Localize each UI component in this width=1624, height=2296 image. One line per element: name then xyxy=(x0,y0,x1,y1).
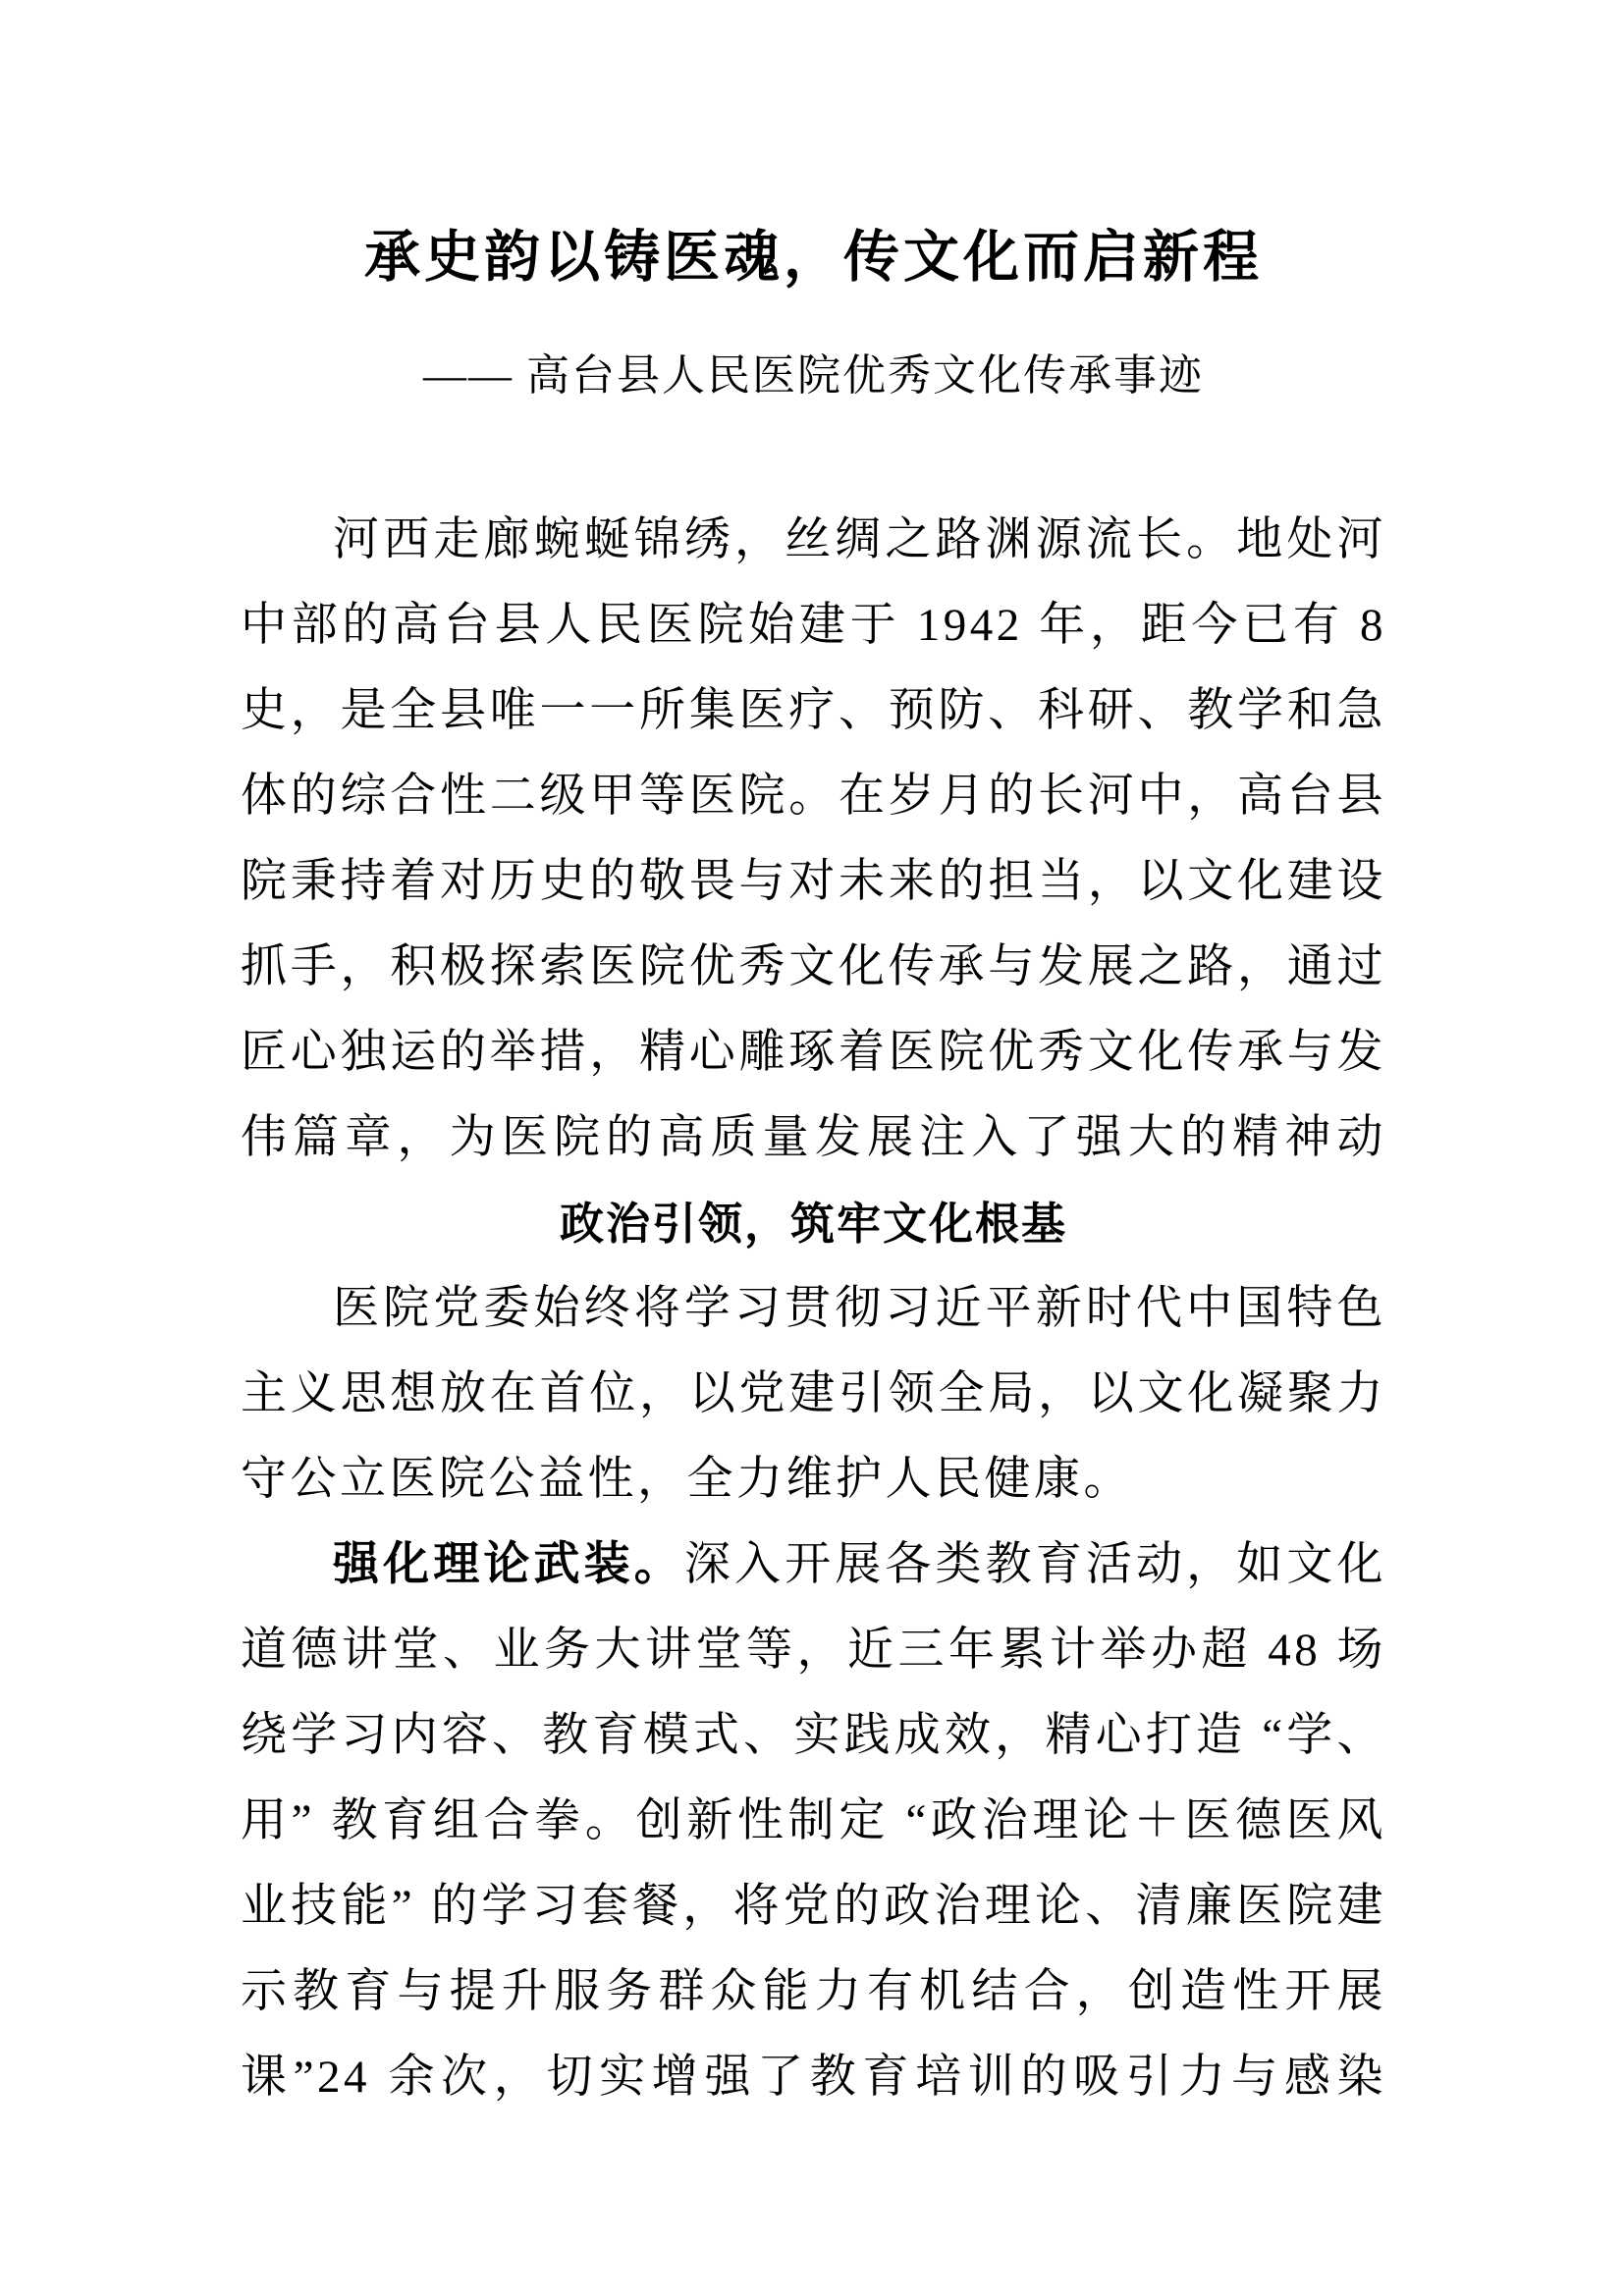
body-line: 示教育与提升服务群众能力有机结合，创造性开展 “微党 xyxy=(241,1949,1386,2035)
body-line: 用” 教育组合拳。创新性制定 “政治理论＋医德医风 ＋ 专 xyxy=(241,1779,1386,1864)
document-title: 承史韵以铸医魂，传文化而启新程 xyxy=(241,221,1386,294)
paragraph-theory-education: 强化理论武装。深入开展各类教育活动，如文化大讲堂、 道德讲堂、业务大讲堂等，近三… xyxy=(241,1522,1386,2120)
body-line: 院秉持着对历史的敬畏与对未来的担当，以文化建设为重要 xyxy=(241,839,1386,925)
body-line: 史，是全县唯一一所集医疗、预防、科研、教学和急救于一 xyxy=(241,668,1386,754)
body-line: 强化理论武装。深入开展各类教育活动，如文化大讲堂、 xyxy=(241,1522,1386,1608)
body-line: 中部的高台县人民医院始建于 1942 年，距今已有 82 年的历 xyxy=(241,583,1386,668)
body-line-group: 道德讲堂、业务大讲堂等，近三年累计举办超 48 场次，围绕学习内容、教育模式、实… xyxy=(241,1608,1386,2035)
body-line-group: 中部的高台县人民医院始建于 1942 年，距今已有 82 年的历史，是全县唯一一… xyxy=(241,583,1386,1095)
section-heading: 政治引领，筑牢文化根基 xyxy=(241,1181,1386,1266)
body-line: 抓手，积极探索医院优秀文化传承与发展之路，通过一系列 xyxy=(241,925,1386,1010)
body-line: 守公立医院公益性，全力维护人民健康。 xyxy=(241,1437,1386,1522)
bold-lead-text: 强化理论武装。 xyxy=(333,1539,684,1590)
body-line: 匠心独运的举措，精心雕琢着医院优秀文化传承与发展的宏 xyxy=(241,1010,1386,1095)
body-line: 体的综合性二级甲等医院。在岁月的长河中，高台县人民医 xyxy=(241,754,1386,839)
paragraph-intro: 河西走廊蜿蜒锦绣，丝绸之路渊源流长。地处河西走廊 中部的高台县人民医院始建于 1… xyxy=(241,498,1386,1181)
body-line: 业技能” 的学习套餐，将党的政治理论、清廉医院建设、警 xyxy=(241,1864,1386,1949)
document-body: 河西走廊蜿蜒锦绣，丝绸之路渊源流长。地处河西走廊 中部的高台县人民医院始建于 1… xyxy=(241,498,1386,2120)
body-line: 课”24 余次，切实增强了教育培训的吸引力与感染力，让全 xyxy=(241,2035,1386,2120)
body-line: 主义思想放在首位，以党建引领全局，以文化凝聚力量，坚 xyxy=(241,1352,1386,1437)
paragraph-party-leadership: 医院党委始终将学习贯彻习近平新时代中国特色社会 主义思想放在首位，以党建引领全局… xyxy=(241,1266,1386,1522)
body-line: 道德讲堂、业务大讲堂等，近三年累计举办超 48 场次，围 xyxy=(241,1608,1386,1693)
body-line-group: 主义思想放在首位，以党建引领全局，以文化凝聚力量，坚 xyxy=(241,1352,1386,1437)
document-subtitle: —— 高台县人民医院优秀文化传承事迹 xyxy=(241,348,1386,402)
body-line: 伟篇章，为医院的高质量发展注入了强大的精神动力。 xyxy=(241,1095,1386,1181)
body-line: 河西走廊蜿蜒锦绣，丝绸之路渊源流长。地处河西走廊 xyxy=(241,498,1386,583)
body-line: 绕学习内容、教育模式、实践成效，精心打造 “学、教、 xyxy=(241,1693,1386,1779)
document-page: 承史韵以铸医魂，传文化而启新程 —— 高台县人民医院优秀文化传承事迹 河西走廊蜿… xyxy=(0,0,1624,2296)
body-line: 医院党委始终将学习贯彻习近平新时代中国特色社会 xyxy=(241,1266,1386,1352)
